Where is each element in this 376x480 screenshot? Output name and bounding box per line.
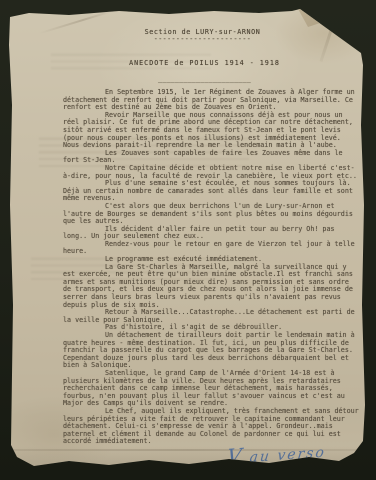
document-page: Section de LURY-sur-ARNON --------------… [9,5,368,472]
paragraph: Rendez-vous pour le retour en gare de Vi… [63,241,360,256]
paragraph: C'est alors que deux berrichons l'un de … [63,203,360,226]
paragraph: La Gare St-Charles à Marseille, malgré l… [63,264,360,310]
paragraph: En Septembre 1915, le 1er Régiment de Zo… [63,89,360,112]
section-title-underline: ---------------------- [23,36,376,44]
paper-crease [9,449,368,451]
ellipsis-marks: ... [337,461,353,469]
paragraph: Plus d'une semaine s'est écoulée, et nou… [63,180,360,203]
paragraph: Ils décident d'aller faire un petit tour… [63,226,360,241]
paragraph: Revoir Marseille que nous connaissons dé… [63,112,360,150]
paragraph: Les Zouaves sont capables de faire les Z… [63,150,360,165]
paragraph: Notre Capitaine décide et obtient notre … [63,165,360,180]
document-title: ANECDOTE de POILUS 1914 - 1918 [25,60,376,68]
folded-corner [297,7,347,27]
document-body: En Septembre 1915, le 1er Régiment de Zo… [63,89,360,446]
paragraph: Satenlique, le grand Camp de l'Armée d'O… [63,370,360,408]
scanned-photo-background: Section de LURY-sur-ARNON --------------… [0,0,376,480]
title-separator: ______________________ [25,76,376,84]
paragraph: Un détachement de tirailleurs doit parti… [63,332,360,370]
